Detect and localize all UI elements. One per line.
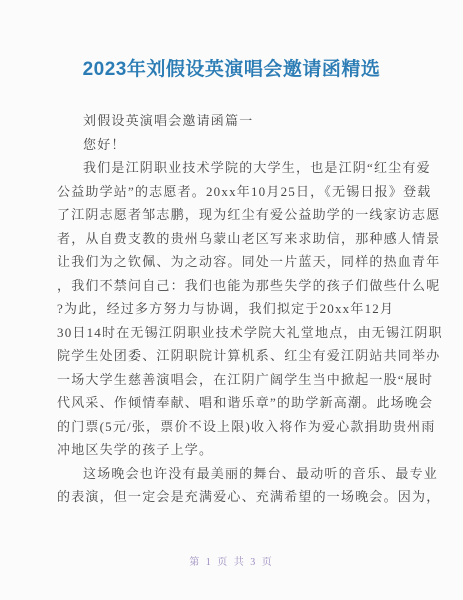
text-line: ，我们不禁问自己：我们也能为那些失学的孩子们做些什么呢 (57, 274, 413, 298)
text-line: 代风采、作倾情奉献、唱和谐乐章”的助学新高潮。此场晚会 (57, 391, 413, 415)
document-body: 刘假设英演唱会邀请函篇一您好！我们是江阴职业技术学院的大学生，也是江阴“红尘有爱… (57, 109, 413, 509)
text-line: 冲地区失学的孩子上学。 (57, 438, 413, 462)
text-line: ?为此，经过多方努力与协调，我们拟定于20xx年12月 (57, 297, 413, 321)
text-line: 刘假设英演唱会邀请函篇一 (57, 109, 413, 133)
text-line: 我们是江阴职业技术学院的大学生，也是江阴“红尘有爱 (57, 156, 413, 180)
text-line: 院学生处团委、江阴职院计算机系、红尘有爱江阴站共同举办 (57, 344, 413, 368)
page-title: 2023年刘假设英演唱会邀请函精选 (0, 54, 463, 81)
text-line: 的表演，但一定会是充满爱心、充满希望的一场晚会。因为， (57, 485, 413, 509)
text-line: 了江阴志愿者邹志鹏，现为红尘有爱公益助学的一线家访志愿 (57, 203, 413, 227)
text-line: 的门票(5元/张，票价不设上限)收入将作为爱心款捐助贵州雨 (57, 415, 413, 439)
text-line: 让我们为之钦佩、为之动容。同处一片蓝天，同样的热血青年 (57, 250, 413, 274)
text-line: 一场大学生慈善演唱会，在江阴广阔学生当中掀起一股“展时 (57, 368, 413, 392)
text-line: 这场晚会也许没有最美丽的舞台、最动听的音乐、最专业 (57, 462, 413, 486)
page-number: 第 1 页 共 3 页 (0, 553, 463, 568)
text-line: 30日14时在无锡江阴职业技术学院大礼堂地点，由无锡江阴职 (57, 321, 413, 345)
text-line: 公益助学站”的志愿者。20xx年10月25日，《无锡日报》登载 (57, 180, 413, 204)
text-line: 者，从自费支教的贵州乌蒙山老区写来求助信，那种感人情景 (57, 227, 413, 251)
text-line: 您好！ (57, 133, 413, 157)
document-page: 2023年刘假设英演唱会邀请函精选 刘假设英演唱会邀请函篇一您好！我们是江阴职业… (0, 0, 463, 600)
